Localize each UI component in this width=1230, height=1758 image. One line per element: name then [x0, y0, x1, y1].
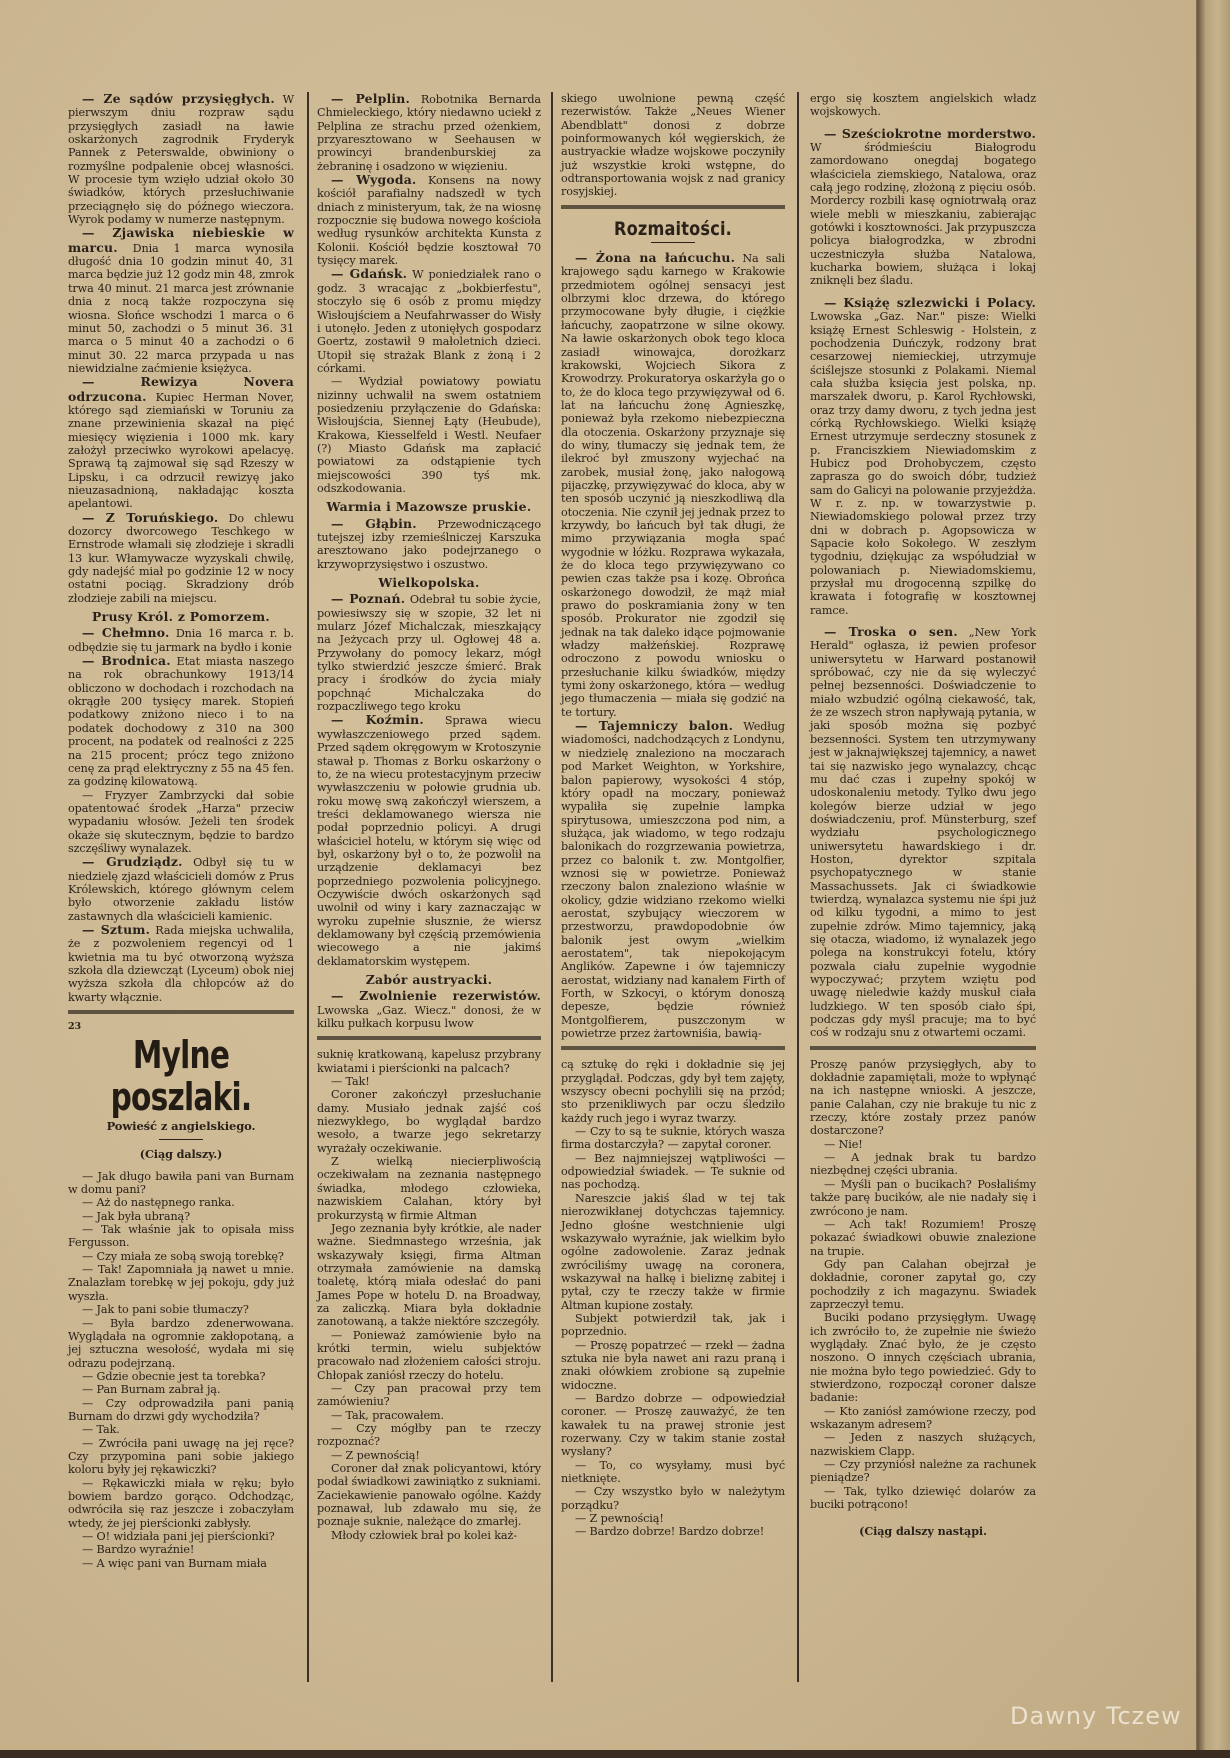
- column-rule-2: [551, 92, 553, 1682]
- novel-paragraph: — Jak długo bawiła pani van Burnam w dom…: [68, 1170, 294, 1197]
- novel-paragraph: Z wielką niecierpliwością oczekiwałam na…: [317, 1155, 541, 1222]
- novel-paragraph: — Bardzo wyraźnie!: [68, 1543, 294, 1556]
- article-poznan: — Poznań. Odebrał tu sobie życie, powies…: [317, 592, 541, 713]
- novel-paragraph: — Tak, pracowałem.: [317, 1409, 541, 1422]
- article-wydzial: — Wydział powiatowy powiatu nizinny uchw…: [317, 375, 541, 495]
- novel-text: suknię kratkowaną, kapelusz przybrany kw…: [317, 1048, 541, 1542]
- column-rule-3: [797, 92, 799, 1682]
- novel-paragraph: — Czy to są te suknie, których wasza fir…: [561, 1125, 785, 1152]
- article-ksiaze: — Książę szlezwicki i Polacy. Lwowska „G…: [810, 296, 1036, 617]
- novel-paragraph: — Czy odprowadziła pani panią Burnam do …: [68, 1397, 294, 1424]
- article-grudziadz: — Grudziądz. Odbył się tu w niedzielę zj…: [68, 855, 294, 923]
- article-tajemniczy-balon: — Tajemniczy balon. Według wiadomości, n…: [561, 719, 785, 1040]
- novel-paragraph: Młody człowiek brał po kolei każ-: [317, 1529, 541, 1542]
- novel-paragraph: — Tak! Zapomniała ją nawet u mnie. Znala…: [68, 1263, 294, 1303]
- watermark-dawny-tczew: Dawny Tczew: [1010, 1702, 1182, 1730]
- novel-paragraph: Proszę panów przysięgłych, aby to dokład…: [810, 1058, 1036, 1138]
- novel-paragraph: — Czy mógłby pan te rzeczy rozpoznać?: [317, 1422, 541, 1449]
- novel-continued-label: (Ciąg dalszy.): [68, 1148, 294, 1161]
- novel-paragraph: — Czy pan pracował przy tem zamówieniu?: [317, 1382, 541, 1409]
- novel-paragraph: — O! widziała pani jej pierścionki?: [68, 1530, 294, 1543]
- article-brodnica: — Brodnica. Etat miasta naszego na rok o…: [68, 654, 294, 788]
- novel-paragraph: — Nie!: [810, 1138, 1036, 1151]
- novel-paragraph: — Bardzo dobrze — odpowiedział coroner. …: [561, 1392, 785, 1459]
- novel-text: Proszę panów przysięgłych, aby to dokład…: [810, 1058, 1036, 1512]
- article-zona-na-lancuchu: — Żona na łańcuchu. Na sali krajowego są…: [561, 251, 785, 719]
- bottom-edge: [0, 1750, 1230, 1758]
- column-3: skiego uwolnione pewną część rezerwistów…: [561, 92, 785, 1539]
- novel-paragraph: — Tak właśnie jak to opisała miss Fergus…: [68, 1223, 294, 1250]
- short-divider: [651, 242, 695, 243]
- article-torunskie: — Z Toruńskiego. Do chlewu dozorcy dworc…: [68, 511, 294, 605]
- article-pelplin: — Pelplin. Robotnika Bernarda Chmielecki…: [317, 92, 541, 173]
- section-heading-prusy: Prusy Król. z Pomorzem.: [68, 610, 294, 623]
- article-troska-o-sen: — Troska o sen. „New York Herald" ogłasz…: [810, 625, 1036, 1040]
- column-4: ergo się kosztem angielskich władz wojsk…: [810, 92, 1036, 1539]
- novel-paragraph: Buciki podano przysięgłym. Uwagę ich zwr…: [810, 1311, 1036, 1404]
- novel-paragraph: — Jak była ubraną?: [68, 1210, 294, 1223]
- novel-paragraph: — Tak, tylko dziewięć dolarów za buciki …: [810, 1485, 1036, 1512]
- article-continuation: ergo się kosztem angielskich władz wojsk…: [810, 92, 1036, 119]
- short-divider: [159, 1139, 203, 1140]
- article-continuation: skiego uwolnione pewną część rezerwistów…: [561, 92, 785, 199]
- novel-paragraph: — Myśli pan o bucikach? Posłaliśmy także…: [810, 1178, 1036, 1218]
- article-wygoda: — Wygoda. Konsens na nowy kościół parafi…: [317, 173, 541, 267]
- novel-paragraph: — Czy przyniósł należne za rachunek pien…: [810, 1458, 1036, 1485]
- article-ze-sadow: — Ze sądów przysięgłych. W pierwszym dni…: [68, 92, 294, 226]
- column-2: — Pelplin. Robotnika Bernarda Chmielecki…: [317, 92, 541, 1542]
- column-1: — Ze sądów przysięgłych. W pierwszym dni…: [68, 92, 294, 1570]
- novel-paragraph: — Pan Burnam zabrał ją.: [68, 1383, 294, 1396]
- novel-paragraph: — Tak!: [317, 1075, 541, 1088]
- article-rewizya: — Rewizya Novera odrzucona. Kupiec Herma…: [68, 375, 294, 510]
- novel-paragraph: — Ach tak! Rozumiem! Proszę pokazać świa…: [810, 1218, 1036, 1258]
- novel-paragraph: — Aż do następnego ranka.: [68, 1196, 294, 1209]
- novel-paragraph: — Z pewnością!: [317, 1449, 541, 1462]
- article-szesciokrotne: — Sześciokrotne morderstwo. W śródmieści…: [810, 127, 1036, 288]
- novel-paragraph: — To, co wysyłamy, musi być nietknięte.: [561, 1459, 785, 1486]
- novel-paragraph: — Rękawiczki miała w ręku; było bowiem b…: [68, 1477, 294, 1530]
- novel-text: cą sztukę do ręki i dokładnie się jej pr…: [561, 1058, 785, 1538]
- novel-paragraph: Gdy pan Calahan obejrzał je dokładnie, c…: [810, 1258, 1036, 1311]
- article-zjawiska: — Zjawiska niebieskie w marcu. Dnia 1 ma…: [68, 226, 294, 375]
- novel-paragraph: Nareszcie jakiś ślad w tej tak nierozwik…: [561, 1192, 785, 1312]
- section-divider: [317, 1036, 541, 1040]
- novel-paragraph: — A jednak brak tu bardzo niezbędnej czę…: [810, 1151, 1036, 1178]
- article-sztum: — Sztum. Rada miejska uchwaliła, że z po…: [68, 923, 294, 1004]
- to-be-continued: (Ciąg dalszy nastąpi.: [810, 1525, 1036, 1538]
- article-zwolnienie: — Zwolnienie rezerwistów. Lwowska „Gaz. …: [317, 989, 541, 1030]
- novel-paragraph: — A więc pani van Burnam miała: [68, 1557, 294, 1570]
- novel-text: — Jak długo bawiła pani van Burnam w dom…: [68, 1170, 294, 1570]
- article-kozmin: — Koźmin. Sprawa wiecu wywłaszczeniowego…: [317, 713, 541, 968]
- novel-paragraph: Jego zeznania były krótkie, ale nader wa…: [317, 1222, 541, 1329]
- novel-paragraph: — Proszę popatrzeć — rzekł — żadna sztuk…: [561, 1339, 785, 1392]
- novel-paragraph: Coroner dał znak policyantowi, który pod…: [317, 1462, 541, 1529]
- novel-subtitle: Powieść z angielskiego.: [68, 1120, 294, 1133]
- adjacent-page-edge: [1198, 0, 1230, 1758]
- novel-paragraph: — Była bardzo zdenerwowana. Wyglądała na…: [68, 1317, 294, 1370]
- section-heading-zabor: Zabór austryacki.: [317, 973, 541, 986]
- article-fryzyer: — Fryzyer Zambrzycki dał sobie opatentow…: [68, 789, 294, 856]
- section-divider: [810, 1046, 1036, 1050]
- novel-paragraph: — Z pewnością!: [561, 1512, 785, 1525]
- section-heading-wielkopolska: Wielkopolska.: [317, 576, 541, 589]
- novel-paragraph: — Bez najmniejszej wątpliwości — odpowie…: [561, 1152, 785, 1192]
- novel-paragraph: — Zwróciła pani uwagę na jej ręce? Czy p…: [68, 1437, 294, 1477]
- rozmaitosci-heading: Rozmaitości.: [578, 223, 768, 236]
- section-heading-warmia: Warmia i Mazowsze pruskie.: [317, 500, 541, 513]
- column-rule-1: [307, 92, 309, 1682]
- novel-paragraph: — Gdzie obecnie jest ta torebka?: [68, 1370, 294, 1383]
- section-divider: [68, 1010, 294, 1014]
- novel-paragraph: — Kto zaniósł zamówione rzeczy, pod wska…: [810, 1405, 1036, 1432]
- novel-paragraph: — Czy miała ze sobą swoją torebkę?: [68, 1250, 294, 1263]
- novel-paragraph: cą sztukę do ręki i dokładnie się jej pr…: [561, 1058, 785, 1125]
- section-divider: [561, 205, 785, 209]
- novel-installment-number: 23: [68, 1022, 294, 1032]
- novel-paragraph: — Jeden z naszych służących, nazwiskiem …: [810, 1431, 1036, 1458]
- novel-title: Mylne poszlaki.: [77, 1034, 284, 1118]
- novel-paragraph: — Czy wszystko było w należytym porządku…: [561, 1485, 785, 1512]
- article-chelmno: — Chełmno. Dnia 16 marca r. b. odbędzie …: [68, 626, 294, 654]
- novel-paragraph: suknię kratkowaną, kapelusz przybrany kw…: [317, 1048, 541, 1075]
- article-gdansk: — Gdańsk. W poniedziałek rano o godz. 3 …: [317, 267, 541, 375]
- novel-paragraph: — Bardzo dobrze! Bardzo dobrze!: [561, 1525, 785, 1538]
- article-glabin: — Głąbin. Przewodniczącego tutejszej izb…: [317, 517, 541, 571]
- section-divider: [561, 1046, 785, 1050]
- novel-paragraph: — Tak.: [68, 1423, 294, 1436]
- novel-paragraph: Coroner zakończył przesłuchanie damy. Mu…: [317, 1088, 541, 1155]
- novel-paragraph: — Jak to pani sobie tłumaczy?: [68, 1303, 294, 1316]
- novel-paragraph: Subjekt potwierdził tak, jak i poprzedni…: [561, 1312, 785, 1339]
- novel-paragraph: — Ponieważ zamówienie było na krótki ter…: [317, 1329, 541, 1382]
